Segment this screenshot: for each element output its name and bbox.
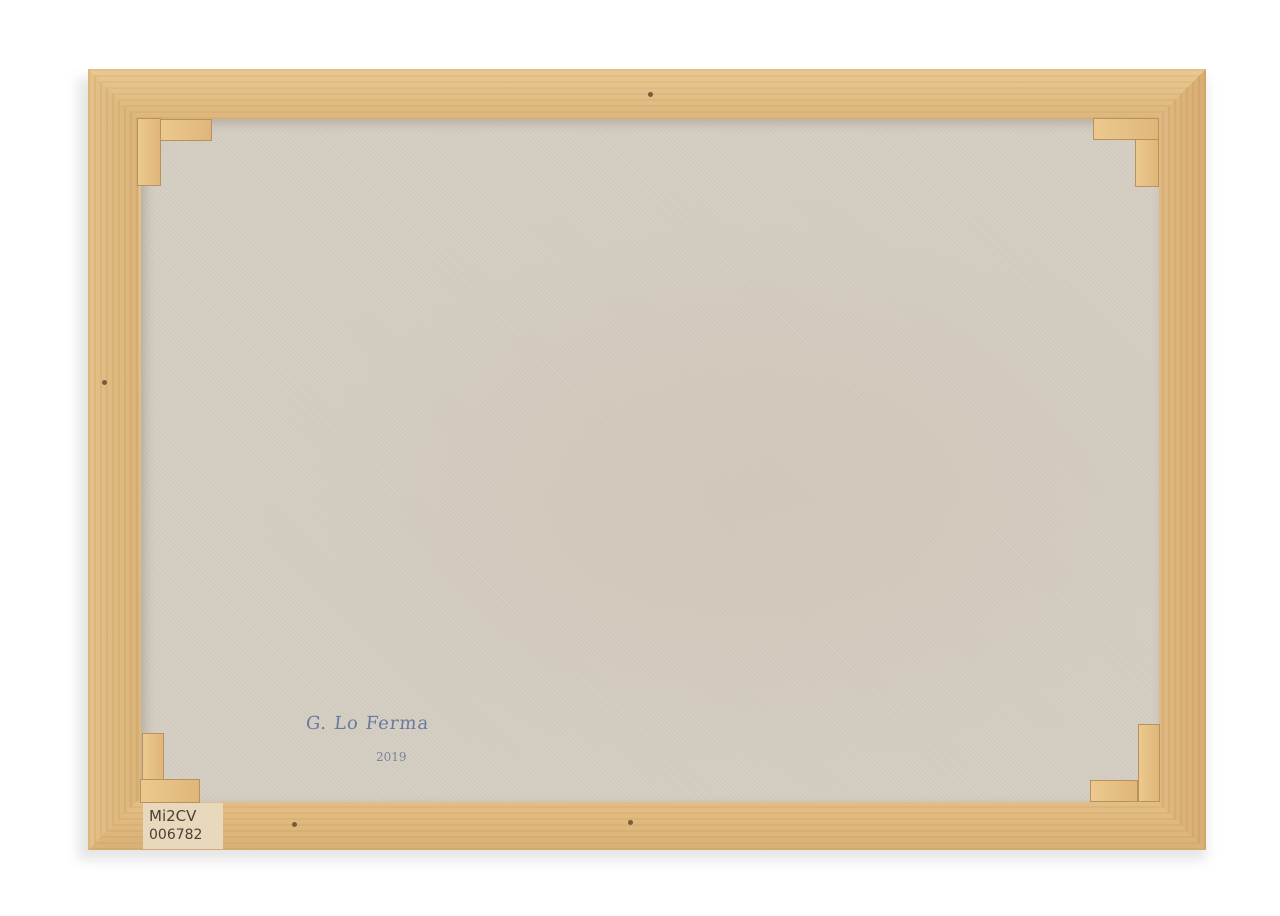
signature-year: 2019 (376, 750, 407, 764)
corner-key-bottom-left-vertical (142, 733, 164, 781)
label-number: 006782 (149, 827, 202, 843)
corner-key-bottom-right-horizontal (1090, 780, 1138, 802)
corner-key-top-left-vertical (137, 118, 161, 186)
frame-right-bar (1156, 69, 1206, 850)
nail-left (102, 380, 107, 385)
corner-key-top-right-horizontal (1093, 118, 1159, 140)
corner-key-bottom-right-vertical (1138, 724, 1160, 802)
nail-bottom-left (292, 822, 297, 827)
frame-top-bar (88, 69, 1206, 119)
corner-key-top-left-horizontal (160, 119, 212, 141)
nail-bottom-center (628, 820, 633, 825)
frame-bottom-bar (88, 800, 1206, 850)
corner-key-bottom-left-horizontal (140, 779, 200, 803)
label-code: Mi2CV (149, 807, 196, 825)
nail-top (648, 92, 653, 97)
artist-signature: G. Lo Ferma (305, 713, 430, 734)
inventory-label: Mi2CV 006782 (143, 803, 223, 849)
frame-left-bar (88, 69, 138, 850)
canvas-back (141, 119, 1159, 802)
corner-key-top-right-vertical (1135, 139, 1159, 187)
